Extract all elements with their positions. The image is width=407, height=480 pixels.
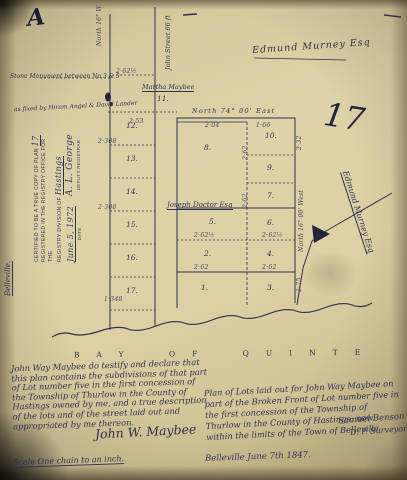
- stamp-plan-number: 17: [31, 135, 41, 146]
- measurement: 1·75: [297, 277, 303, 292]
- measurement: 2·62½: [262, 233, 283, 239]
- lot-number-10: 10.: [265, 131, 277, 140]
- east-bearing-label: North 16° 00' West: [299, 190, 305, 252]
- stamp-bottom-row: June 5, 1972 Date A. L. George Deputy Re…: [67, 134, 84, 262]
- lot-number-7: 7.: [267, 191, 274, 200]
- stamp-signature: A. L. George: [65, 134, 75, 196]
- lot-number-6: 6.: [267, 218, 274, 227]
- lot-number-1: 1.: [201, 283, 208, 292]
- stamp-division: Hastings: [54, 156, 64, 195]
- registrar-stamp: Certified to be a true copy of Plan 17 r…: [32, 134, 84, 262]
- lot-number-13: 13.: [126, 154, 138, 163]
- stamp-signature-block: A. L. George Deputy Registrar: [67, 134, 84, 196]
- lot-number-8: 8.: [204, 143, 211, 152]
- stamp-signature-title: Deputy Registrar: [76, 140, 81, 190]
- top-tick-left: [183, 14, 197, 15]
- owner-underline: [254, 58, 346, 60]
- measurement: 1·348: [104, 297, 123, 303]
- east-boundary-line: [297, 193, 392, 305]
- measurement: 2·62½: [116, 69, 137, 75]
- lot-number-9: 9.: [267, 163, 274, 172]
- declaration-text: John Way Maybee do testify and declare t…: [11, 358, 211, 432]
- john-street-label: John Street 66 ft: [164, 15, 172, 70]
- main-block-outline: [177, 118, 295, 308]
- street-bearing-label: North 16° W: [97, 5, 103, 46]
- belleville-margin-label: Belleville.: [4, 261, 13, 296]
- shoreline: [52, 303, 372, 337]
- measurement: 2·53: [129, 119, 144, 125]
- lot-number-14: 14.: [126, 187, 138, 196]
- measurement: 2·308: [98, 205, 117, 211]
- stamp-line-3: Registry Division of Hastings: [55, 134, 64, 262]
- lot-number-2: 2.: [204, 249, 211, 258]
- boundary-wedge: [312, 225, 330, 243]
- lot-number-3: 3.: [267, 283, 274, 292]
- lot11-owner: Martha Maybee: [142, 83, 194, 92]
- stamp-date-label: Date: [77, 228, 82, 241]
- monument-note: Stone Monument between No 3 & 5: [10, 73, 120, 80]
- top-tick-right: [384, 15, 401, 17]
- lot-number-15: 15.: [126, 220, 138, 229]
- measurement: 2·62: [262, 265, 277, 271]
- lot-number-5: 5.: [209, 217, 216, 226]
- lot-number-17: 17.: [126, 286, 138, 295]
- measurement: 2·04: [205, 123, 220, 129]
- stamp-date: June 5, 1972: [66, 206, 76, 262]
- measurement: 2·62: [243, 145, 249, 160]
- stamp-line-1: Certified to be a true copy of Plan 17: [32, 134, 41, 262]
- lot-number-16: 16.: [126, 253, 138, 262]
- block-east-dividers: [177, 155, 295, 240]
- measurement: 2·62: [194, 265, 209, 271]
- block-bearing-label: North 74° 00' East: [192, 107, 275, 115]
- joseph-owner-label: Joseph Doctor Esq: [167, 201, 233, 210]
- stamp-line-2: registered in the Registry Office for th…: [41, 134, 55, 262]
- measurement: 1·66: [256, 123, 271, 129]
- measurement: 2·32: [297, 135, 303, 150]
- lot11-number: 11.: [157, 94, 169, 103]
- measurement: 2·62½: [194, 233, 215, 239]
- corner-letter-a: A: [26, 3, 47, 32]
- block-full-dividers: [177, 122, 295, 272]
- measurement: 2·62: [243, 193, 249, 208]
- lot-number-4: 4.: [267, 249, 274, 258]
- stamp-date-block: June 5, 1972 Date: [67, 206, 84, 262]
- measurement: 2·308: [98, 139, 117, 145]
- survey-plan-photo: A North 16° W John Street 66 ft Edmund M…: [0, 0, 407, 480]
- plan-number: 17: [321, 95, 367, 139]
